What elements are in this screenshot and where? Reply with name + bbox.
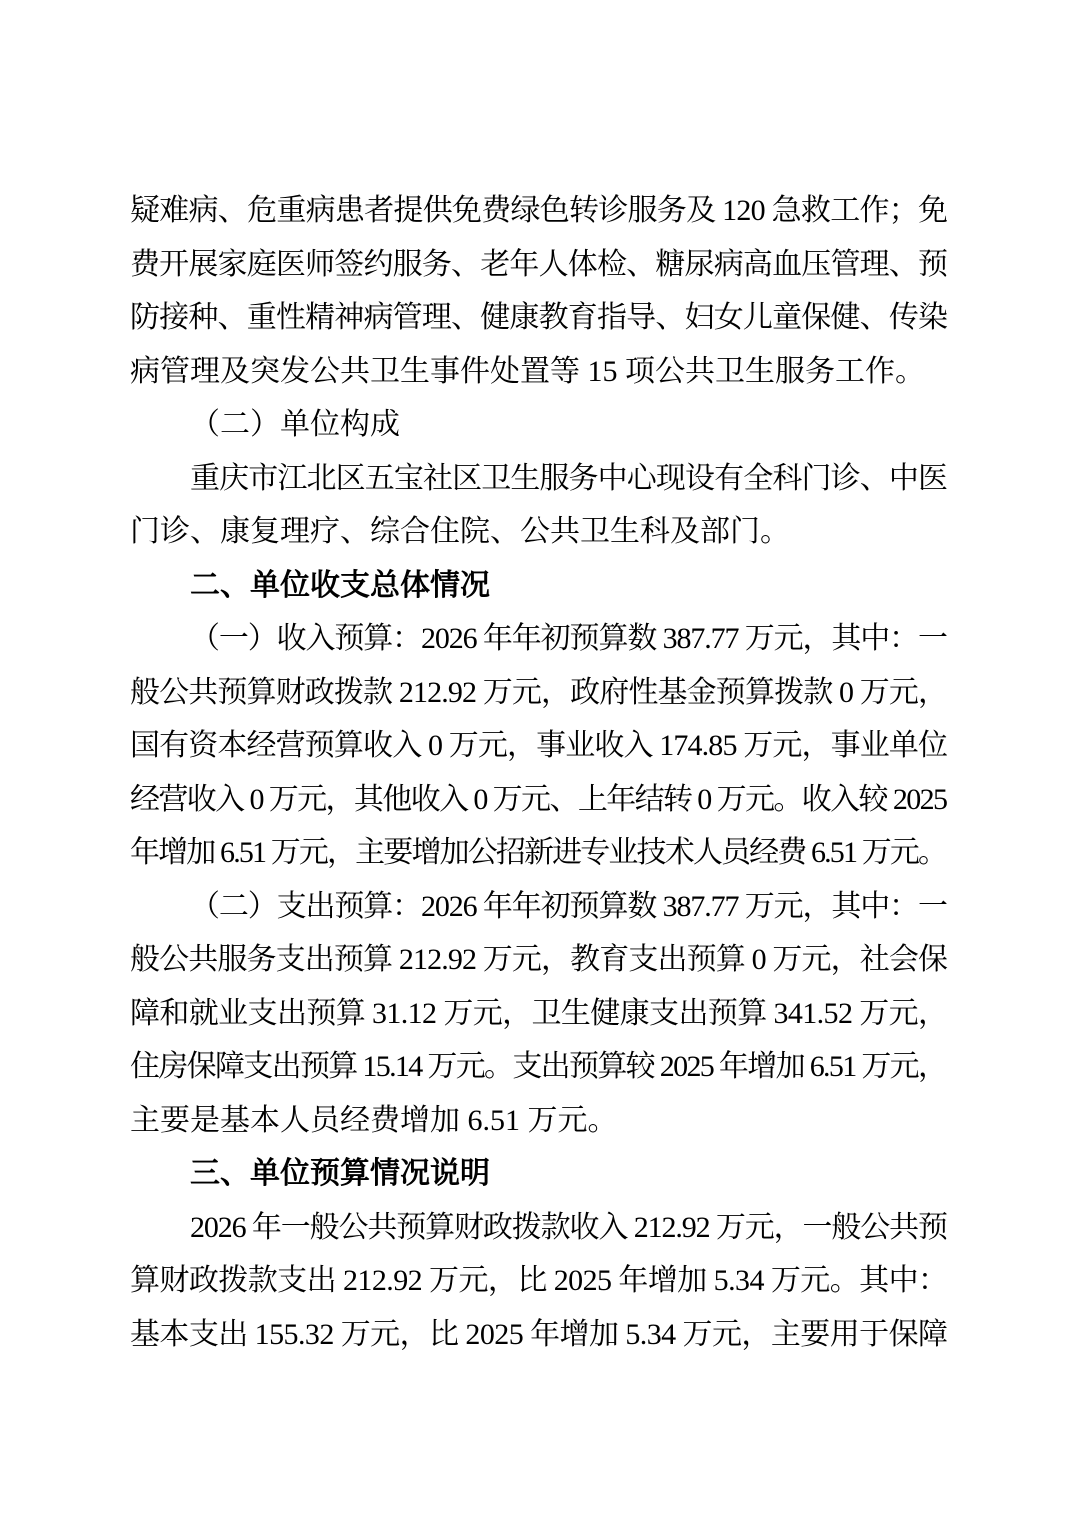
text-line: 住房保障支出预算 15.14 万元。支出预算较 2025 年增加 6.51 万元…: [130, 1040, 948, 1094]
text-line-content: 般公共预算财政拨款 212.92 万元，政府性基金预算拨款 0 万元，: [130, 666, 947, 720]
text-line: 病管理及突发公共卫生事件处置等 15 项公共卫生服务工作。: [130, 345, 948, 399]
text-line: 般公共服务支出预算 212.92 万元，教育支出预算 0 万元，社会保: [130, 933, 948, 987]
text-line-content: 二、单位收支总体情况: [190, 559, 490, 613]
text-line-content: 经营收入 0 万元，其他收入 0 万元、上年结转 0 万元。收入较 2025: [130, 773, 946, 827]
text-line-content: 障和就业支出预算 31.12 万元，卫生健康支出预算 341.52 万元，: [130, 987, 947, 1041]
text-line: 主要是基本人员经费增加 6.51 万元。: [130, 1094, 948, 1148]
text-line-content: 基本支出 155.32 万元，比 2025 年增加 5.34 万元，主要用于保障: [130, 1308, 947, 1362]
text-line-content: 住房保障支出预算 15.14 万元。支出预算较 2025 年增加 6.51 万元…: [130, 1040, 946, 1094]
text-line: 基本支出 155.32 万元，比 2025 年增加 5.34 万元，主要用于保障: [130, 1308, 948, 1362]
text-line: （一）收入预算：2026 年年初预算数 387.77 万元，其中：一: [130, 612, 948, 666]
document-page: 疑难病、危重病患者提供免费绿色转诊服务及 120 急救工作；免费开展家庭医师签约…: [0, 0, 1074, 1520]
text-line: 算财政拨款支出 212.92 万元，比 2025 年增加 5.34 万元。其中：: [130, 1254, 948, 1308]
text-line: 障和就业支出预算 31.12 万元，卫生健康支出预算 341.52 万元，: [130, 987, 948, 1041]
text-line-content: （一）收入预算：2026 年年初预算数 387.77 万元，其中：一: [190, 612, 947, 666]
text-line: 经营收入 0 万元，其他收入 0 万元、上年结转 0 万元。收入较 2025: [130, 773, 948, 827]
text-line-content: 主要是基本人员经费增加 6.51 万元。: [130, 1094, 618, 1148]
text-line-content: 2026 年一般公共预算财政拨款收入 212.92 万元，一般公共预: [190, 1201, 947, 1255]
text-line: 年增加 6.51 万元，主要增加公招新进专业技术人员经费 6.51 万元。: [130, 826, 948, 880]
text-line-content: 门诊、康复理疗、综合住院、公共卫生科及部门。: [130, 505, 790, 559]
text-line-content: 年增加 6.51 万元，主要增加公招新进专业技术人员经费 6.51 万元。: [130, 826, 946, 880]
text-line-content: 国有资本经营预算收入 0 万元，事业收入 174.85 万元，事业单位: [130, 719, 947, 773]
text-line-content: （二）支出预算：2026 年年初预算数 387.77 万元，其中：一: [190, 880, 947, 934]
text-line-content: 费开展家庭医师签约服务、老年人体检、糖尿病高血压管理、预: [130, 238, 947, 292]
text-line: 重庆市江北区五宝社区卫生服务中心现设有全科门诊、中医: [130, 452, 948, 506]
document-content: 疑难病、危重病患者提供免费绿色转诊服务及 120 急救工作；免费开展家庭医师签约…: [130, 184, 948, 1361]
text-line-content: （二）单位构成: [190, 398, 400, 452]
text-line: 疑难病、危重病患者提供免费绿色转诊服务及 120 急救工作；免: [130, 184, 948, 238]
section-heading: 三、单位预算情况说明: [130, 1147, 948, 1201]
text-line: （二）支出预算：2026 年年初预算数 387.77 万元，其中：一: [130, 880, 948, 934]
text-line: 防接种、重性精神病管理、健康教育指导、妇女儿童保健、传染: [130, 291, 948, 345]
text-line: 国有资本经营预算收入 0 万元，事业收入 174.85 万元，事业单位: [130, 719, 948, 773]
text-line: 费开展家庭医师签约服务、老年人体检、糖尿病高血压管理、预: [130, 238, 948, 292]
text-line-content: 三、单位预算情况说明: [190, 1147, 490, 1201]
text-line-content: 算财政拨款支出 212.92 万元，比 2025 年增加 5.34 万元。其中：: [130, 1254, 947, 1308]
text-line: 2026 年一般公共预算财政拨款收入 212.92 万元，一般公共预: [130, 1201, 948, 1255]
text-line: 般公共预算财政拨款 212.92 万元，政府性基金预算拨款 0 万元，: [130, 666, 948, 720]
text-line-content: 般公共服务支出预算 212.92 万元，教育支出预算 0 万元，社会保: [130, 933, 947, 987]
text-line: 门诊、康复理疗、综合住院、公共卫生科及部门。: [130, 505, 948, 559]
text-line-content: 病管理及突发公共卫生事件处置等 15 项公共卫生服务工作。: [130, 345, 925, 399]
text-line-content: 疑难病、危重病患者提供免费绿色转诊服务及 120 急救工作；免: [130, 184, 947, 238]
text-line-content: 重庆市江北区五宝社区卫生服务中心现设有全科门诊、中医: [190, 452, 947, 506]
text-line-content: 防接种、重性精神病管理、健康教育指导、妇女儿童保健、传染: [130, 291, 947, 345]
text-line: （二）单位构成: [130, 398, 948, 452]
section-heading: 二、单位收支总体情况: [130, 559, 948, 613]
